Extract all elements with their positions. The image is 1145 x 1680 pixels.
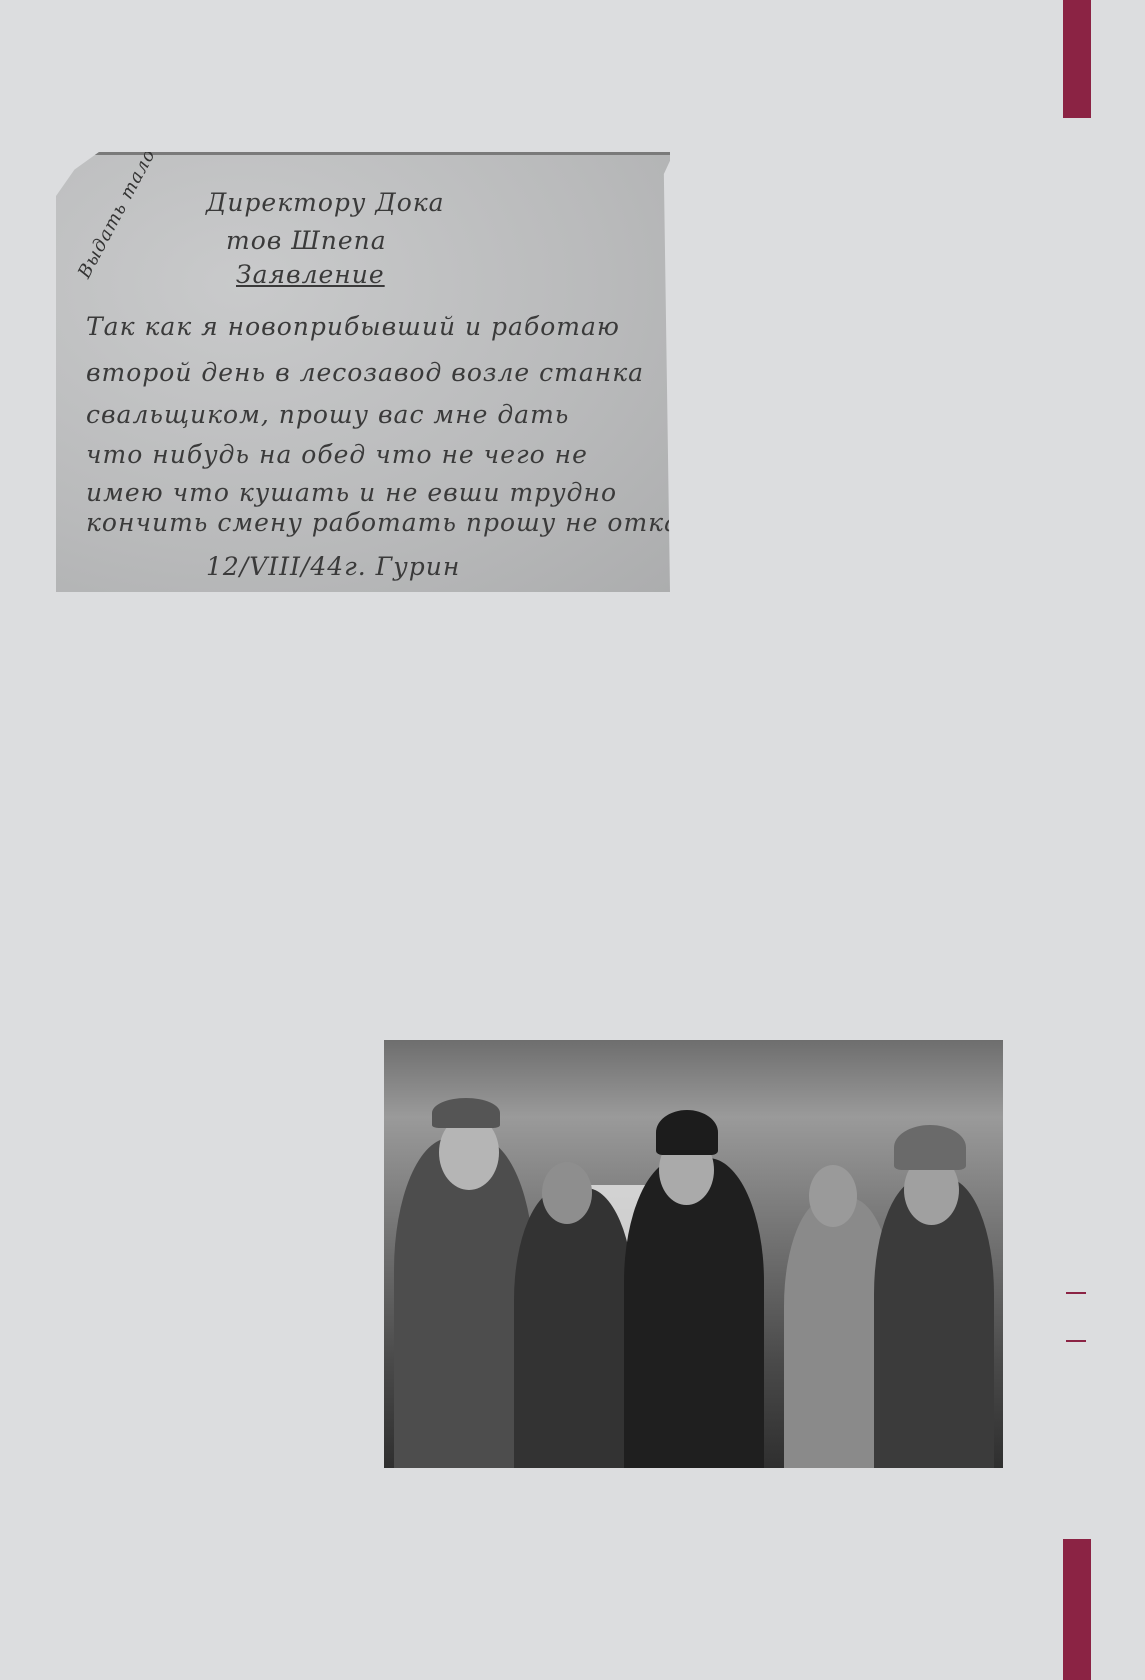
note-line-title: Заявление — [236, 260, 385, 289]
margin-tick — [1066, 1340, 1086, 1342]
photo-fur-hat — [894, 1125, 966, 1170]
photo-cap — [432, 1098, 500, 1128]
note-line-body: второй день в лесозавод возле станка — [86, 358, 644, 387]
photo-head — [542, 1162, 592, 1224]
accent-bar-top — [1063, 0, 1091, 118]
photo-head — [809, 1165, 857, 1227]
accent-bar-bottom — [1063, 1539, 1091, 1680]
workers-photo — [384, 1040, 1003, 1468]
note-line-addressee: Директору Дока — [206, 188, 445, 217]
note-line-date-signature: 12/VIII/44г. Гурин — [206, 552, 460, 581]
photo-fur-hat — [656, 1110, 718, 1155]
note-margin-resolution: Выдать талон на обед — [74, 58, 206, 282]
photo-figure — [514, 1188, 634, 1468]
note-line-addressee-name: тов Шпепа — [226, 226, 387, 255]
note-line-body: что нибудь на обед что не чего не — [86, 440, 588, 469]
photo-figure — [624, 1158, 764, 1468]
note-line-body: кончить смену работать прошу не отказать — [86, 508, 750, 537]
handwritten-note-image: Выдать талон на обед Директору Дока тов … — [56, 152, 670, 592]
note-line-body: Так как я новоприбывший и работаю — [86, 312, 620, 341]
note-line-body: свальщиком, прошу вас мне дать — [86, 400, 569, 429]
note-line-body: имею что кушать и не евши трудно — [86, 478, 617, 507]
margin-tick — [1066, 1292, 1086, 1294]
